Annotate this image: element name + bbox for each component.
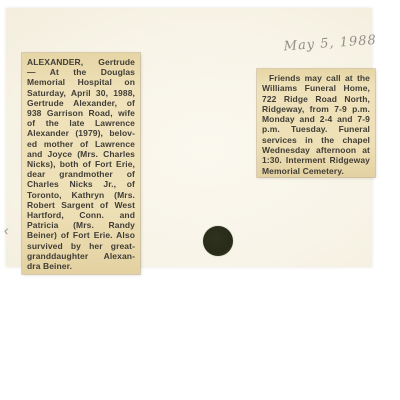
scanned-obituary-photo: ALEXANDER, Gertrude— At the DouglasMemor… bbox=[0, 0, 400, 400]
stray-mark: ‹ bbox=[3, 222, 10, 238]
scrapbook-page: ALEXANDER, Gertrude— At the DouglasMemor… bbox=[6, 8, 372, 267]
funeral-notice-text: Friends may call at theWilliams Funeral … bbox=[257, 69, 375, 179]
funeral-notice-clipping: Friends may call at theWilliams Funeral … bbox=[257, 69, 375, 177]
obituary-text: ALEXANDER, Gertrude— At the DouglasMemor… bbox=[22, 53, 140, 274]
hole-punch-dot bbox=[203, 226, 233, 256]
obituary-clipping: ALEXANDER, Gertrude— At the DouglasMemor… bbox=[22, 53, 140, 274]
handwritten-date: May 5, 1988 bbox=[283, 33, 380, 64]
